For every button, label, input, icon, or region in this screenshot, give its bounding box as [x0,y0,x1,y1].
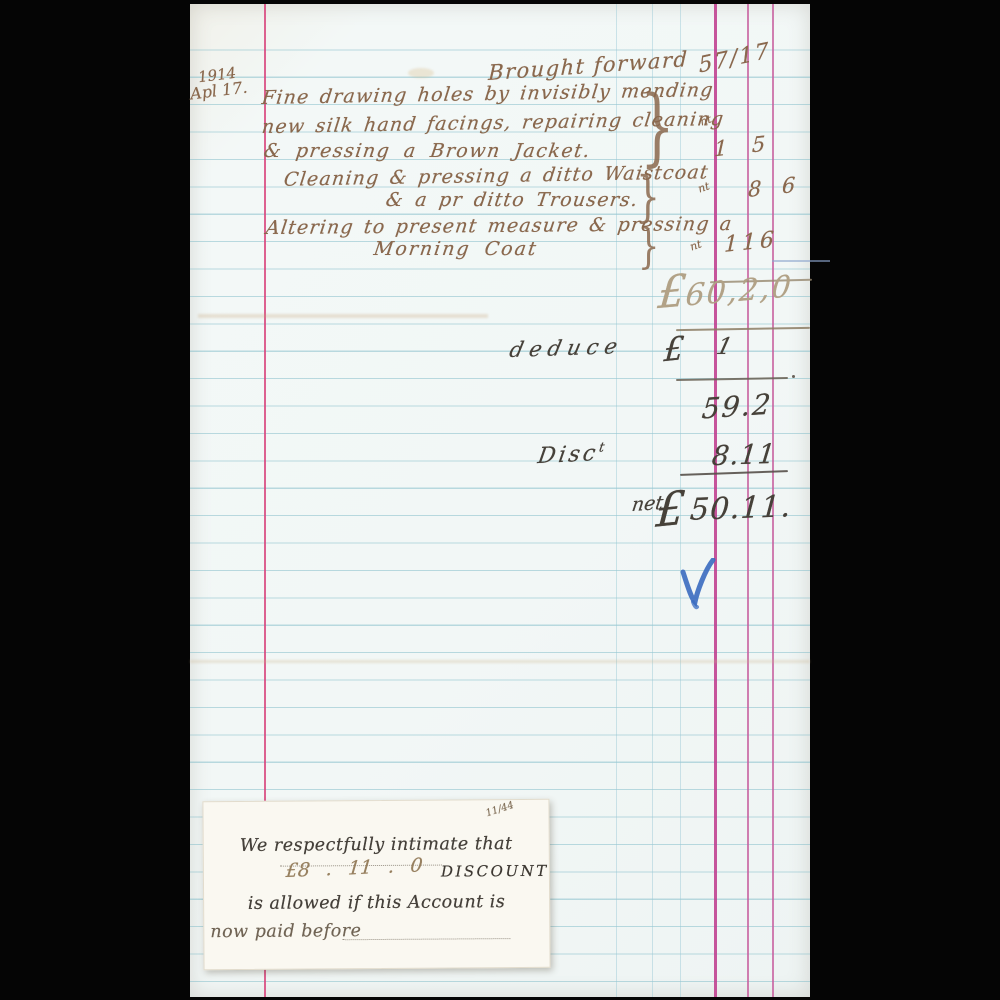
discount-label: Disct [536,440,608,469]
total-amount: £60,2,0 [656,256,795,319]
fold-crease [198,314,488,318]
net-currency: £ [654,480,687,538]
card-pencil-note: 11/44 [484,800,515,820]
discount-amount: 8.11 [710,439,777,472]
discount-notice-card: 11/44 We respectfully intimate that £8 .… [202,799,550,970]
entry-brace: } [638,222,659,270]
subtotal-amount: 59.2 [700,387,774,425]
card-intimate-line: We respectfully intimate that [204,834,549,856]
pen-dot [792,375,795,378]
net-mark: nt [688,238,703,254]
card-date-underline [342,938,510,940]
total-rule-bottom [676,327,810,331]
entry-line: Morning Coat [372,238,539,260]
discount-label-superscript: t [598,440,609,456]
card-paid-before-line: now paid before [210,921,361,942]
deduce-currency: £ [663,329,686,370]
entry-line: Altering to present measure & pressing a [265,213,734,239]
card-discount-word: DISCOUNT [441,862,549,881]
entry-amount: 1 5 [714,131,775,162]
entry-amount: 8 6 [748,172,803,202]
entry-amount: 116 [724,227,779,258]
paper-stain [408,68,434,78]
card-allowed-line: is allowed if this Account is [204,892,549,914]
entry-line: & pressing a Brown Jacket. [262,140,592,162]
entry-brace: } [640,84,675,168]
cash-column-blue-line [616,4,617,997]
fold-crease [190,660,810,663]
checkmark-icon [678,558,718,616]
card-amount-handwritten: £8 . 11 . 0 [285,854,424,882]
brought-forward-amount: 57/17 [698,38,772,78]
net-amount: 50.11. [689,489,793,528]
deduce-label: deduce [507,334,625,362]
entry-line: & a pr ditto Trousers. [384,189,639,211]
net-mark: nt [696,180,711,196]
scanned-ledger-photo: Brought forward 57/17 1914 Apl 17. Fine … [0,0,1000,1000]
ledger-page: Brought forward 57/17 1914 Apl 17. Fine … [190,4,810,997]
